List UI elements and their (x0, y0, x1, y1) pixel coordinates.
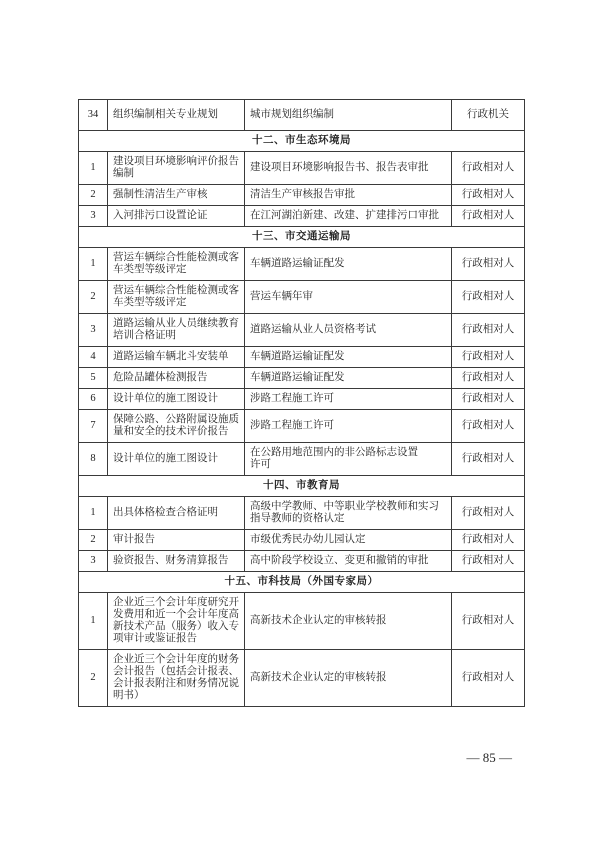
approval-item-cell: 清洁生产审核报告审批 (245, 185, 452, 206)
subject-type-cell: 行政相对人 (452, 389, 525, 410)
row-number-cell: 2 (79, 281, 108, 314)
subject-type-cell: 行政相对人 (452, 347, 525, 368)
table-row: 34组织编制相关专业规划城市规划组织编制行政机关 (79, 100, 525, 131)
table-row: 3入河排污口设置论证在江河湖泊新建、改建、扩建排污口审批行政相对人 (79, 206, 525, 227)
approval-item-cell: 在公路用地范围内的非公路标志设置 许可 (245, 443, 452, 476)
table-row: 8设计单位的施工图设计在公路用地范围内的非公路标志设置 许可行政相对人 (79, 443, 525, 476)
subject-type-cell: 行政相对人 (452, 530, 525, 551)
item-name-cell: 企业近三个会计年度的财务会计报告（包括会计报表、会计报表附注和财务情况说明书） (108, 650, 245, 707)
item-name-cell: 道路运输从业人员继续教育培训合格证明 (108, 314, 245, 347)
row-number-cell: 3 (79, 206, 108, 227)
table-row: 2强制性清洁生产审核清洁生产审核报告审批行政相对人 (79, 185, 525, 206)
section-title: 十二、市生态环境局 (79, 131, 525, 152)
approval-item-cell: 涉路工程施工许可 (245, 389, 452, 410)
item-name-cell: 入河排污口设置论证 (108, 206, 245, 227)
approval-item-cell: 高中阶段学校设立、变更和撤销的审批 (245, 551, 452, 572)
section-header-row: 十四、市教育局 (79, 476, 525, 497)
row-number-cell: 8 (79, 443, 108, 476)
page-number: — 85 — (467, 750, 513, 766)
item-name-cell: 建设项目环境影响评价报告编制 (108, 152, 245, 185)
item-name-cell: 道路运输车辆北斗安装单 (108, 347, 245, 368)
table-row: 5危险品罐体检测报告车辆道路运输证配发行政相对人 (79, 368, 525, 389)
row-number-cell: 6 (79, 389, 108, 410)
subject-type-cell: 行政相对人 (452, 368, 525, 389)
item-name-cell: 强制性清洁生产审核 (108, 185, 245, 206)
subject-type-cell: 行政相对人 (452, 497, 525, 530)
row-number-cell: 5 (79, 368, 108, 389)
approval-item-cell: 城市规划组织编制 (245, 100, 452, 131)
row-number-cell: 3 (79, 551, 108, 572)
table-row: 7保障公路、公路附属设施质量和安全的技术评价报告涉路工程施工许可行政相对人 (79, 410, 525, 443)
section-title: 十四、市教育局 (79, 476, 525, 497)
approval-table-area: 34组织编制相关专业规划城市规划组织编制行政机关十二、市生态环境局1建设项目环境… (78, 99, 524, 707)
approval-item-cell: 市级优秀民办幼儿园认定 (245, 530, 452, 551)
item-name-cell: 危险品罐体检测报告 (108, 368, 245, 389)
subject-type-cell: 行政相对人 (452, 314, 525, 347)
table-row: 6设计单位的施工图设计涉路工程施工许可行政相对人 (79, 389, 525, 410)
table-row: 1企业近三个会计年度研究开发费用和近一个会计年度高新技术产品（服务）收入专项审计… (79, 593, 525, 650)
subject-type-cell: 行政机关 (452, 100, 525, 131)
section-header-row: 十三、市交通运输局 (79, 227, 525, 248)
subject-type-cell: 行政相对人 (452, 551, 525, 572)
subject-type-cell: 行政相对人 (452, 281, 525, 314)
subject-type-cell: 行政相对人 (452, 650, 525, 707)
table-row: 2企业近三个会计年度的财务会计报告（包括会计报表、会计报表附注和财务情况说明书）… (79, 650, 525, 707)
table-row: 1建设项目环境影响评价报告编制建设项目环境影响报告书、报告表审批行政相对人 (79, 152, 525, 185)
item-name-cell: 营运车辆综合性能检测或客车类型等级评定 (108, 281, 245, 314)
approval-items-table: 34组织编制相关专业规划城市规划组织编制行政机关十二、市生态环境局1建设项目环境… (78, 99, 525, 707)
item-name-cell: 审计报告 (108, 530, 245, 551)
approval-item-cell: 道路运输从业人员资格考试 (245, 314, 452, 347)
row-number-cell: 1 (79, 497, 108, 530)
section-title: 十三、市交通运输局 (79, 227, 525, 248)
approval-item-cell: 高级中学教师、中等职业学校教师和实习指导教师的资格认定 (245, 497, 452, 530)
approval-item-cell: 营运车辆年审 (245, 281, 452, 314)
item-name-cell: 企业近三个会计年度研究开发费用和近一个会计年度高新技术产品（服务）收入专项审计或… (108, 593, 245, 650)
approval-item-cell: 建设项目环境影响报告书、报告表审批 (245, 152, 452, 185)
subject-type-cell: 行政相对人 (452, 152, 525, 185)
table-row: 4道路运输车辆北斗安装单车辆道路运输证配发行政相对人 (79, 347, 525, 368)
approval-item-cell: 高新技术企业认定的审核转报 (245, 593, 452, 650)
item-name-cell: 组织编制相关专业规划 (108, 100, 245, 131)
item-name-cell: 设计单位的施工图设计 (108, 389, 245, 410)
approval-item-cell: 涉路工程施工许可 (245, 410, 452, 443)
section-title: 十五、市科技局（外国专家局） (79, 572, 525, 593)
table-row: 3验资报告、财务清算报告高中阶段学校设立、变更和撤销的审批行政相对人 (79, 551, 525, 572)
document-page: 34组织编制相关专业规划城市规划组织编制行政机关十二、市生态环境局1建设项目环境… (0, 0, 600, 848)
row-number-cell: 3 (79, 314, 108, 347)
table-row: 3道路运输从业人员继续教育培训合格证明道路运输从业人员资格考试行政相对人 (79, 314, 525, 347)
row-number-cell: 1 (79, 152, 108, 185)
row-number-cell: 2 (79, 185, 108, 206)
subject-type-cell: 行政相对人 (452, 248, 525, 281)
table-row: 2营运车辆综合性能检测或客车类型等级评定营运车辆年审行政相对人 (79, 281, 525, 314)
row-number-cell: 4 (79, 347, 108, 368)
item-name-cell: 保障公路、公路附属设施质量和安全的技术评价报告 (108, 410, 245, 443)
row-number-cell: 2 (79, 650, 108, 707)
item-name-cell: 设计单位的施工图设计 (108, 443, 245, 476)
approval-item-cell: 车辆道路运输证配发 (245, 347, 452, 368)
subject-type-cell: 行政相对人 (452, 185, 525, 206)
approval-item-cell: 高新技术企业认定的审核转报 (245, 650, 452, 707)
subject-type-cell: 行政相对人 (452, 443, 525, 476)
approval-item-cell: 在江河湖泊新建、改建、扩建排污口审批 (245, 206, 452, 227)
table-row: 2审计报告市级优秀民办幼儿园认定行政相对人 (79, 530, 525, 551)
item-name-cell: 出具体格检查合格证明 (108, 497, 245, 530)
page-number-text: — 85 — (467, 750, 513, 765)
row-number-cell: 1 (79, 248, 108, 281)
row-number-cell: 1 (79, 593, 108, 650)
subject-type-cell: 行政相对人 (452, 206, 525, 227)
table-row: 1营运车辆综合性能检测或客车类型等级评定车辆道路运输证配发行政相对人 (79, 248, 525, 281)
row-number-cell: 2 (79, 530, 108, 551)
approval-item-cell: 车辆道路运输证配发 (245, 248, 452, 281)
section-header-row: 十五、市科技局（外国专家局） (79, 572, 525, 593)
subject-type-cell: 行政相对人 (452, 593, 525, 650)
table-row: 1出具体格检查合格证明高级中学教师、中等职业学校教师和实习指导教师的资格认定行政… (79, 497, 525, 530)
subject-type-cell: 行政相对人 (452, 410, 525, 443)
table-body: 34组织编制相关专业规划城市规划组织编制行政机关十二、市生态环境局1建设项目环境… (79, 100, 525, 707)
section-header-row: 十二、市生态环境局 (79, 131, 525, 152)
item-name-cell: 营运车辆综合性能检测或客车类型等级评定 (108, 248, 245, 281)
item-name-cell: 验资报告、财务清算报告 (108, 551, 245, 572)
approval-item-cell: 车辆道路运输证配发 (245, 368, 452, 389)
row-number-cell: 34 (79, 100, 108, 131)
row-number-cell: 7 (79, 410, 108, 443)
